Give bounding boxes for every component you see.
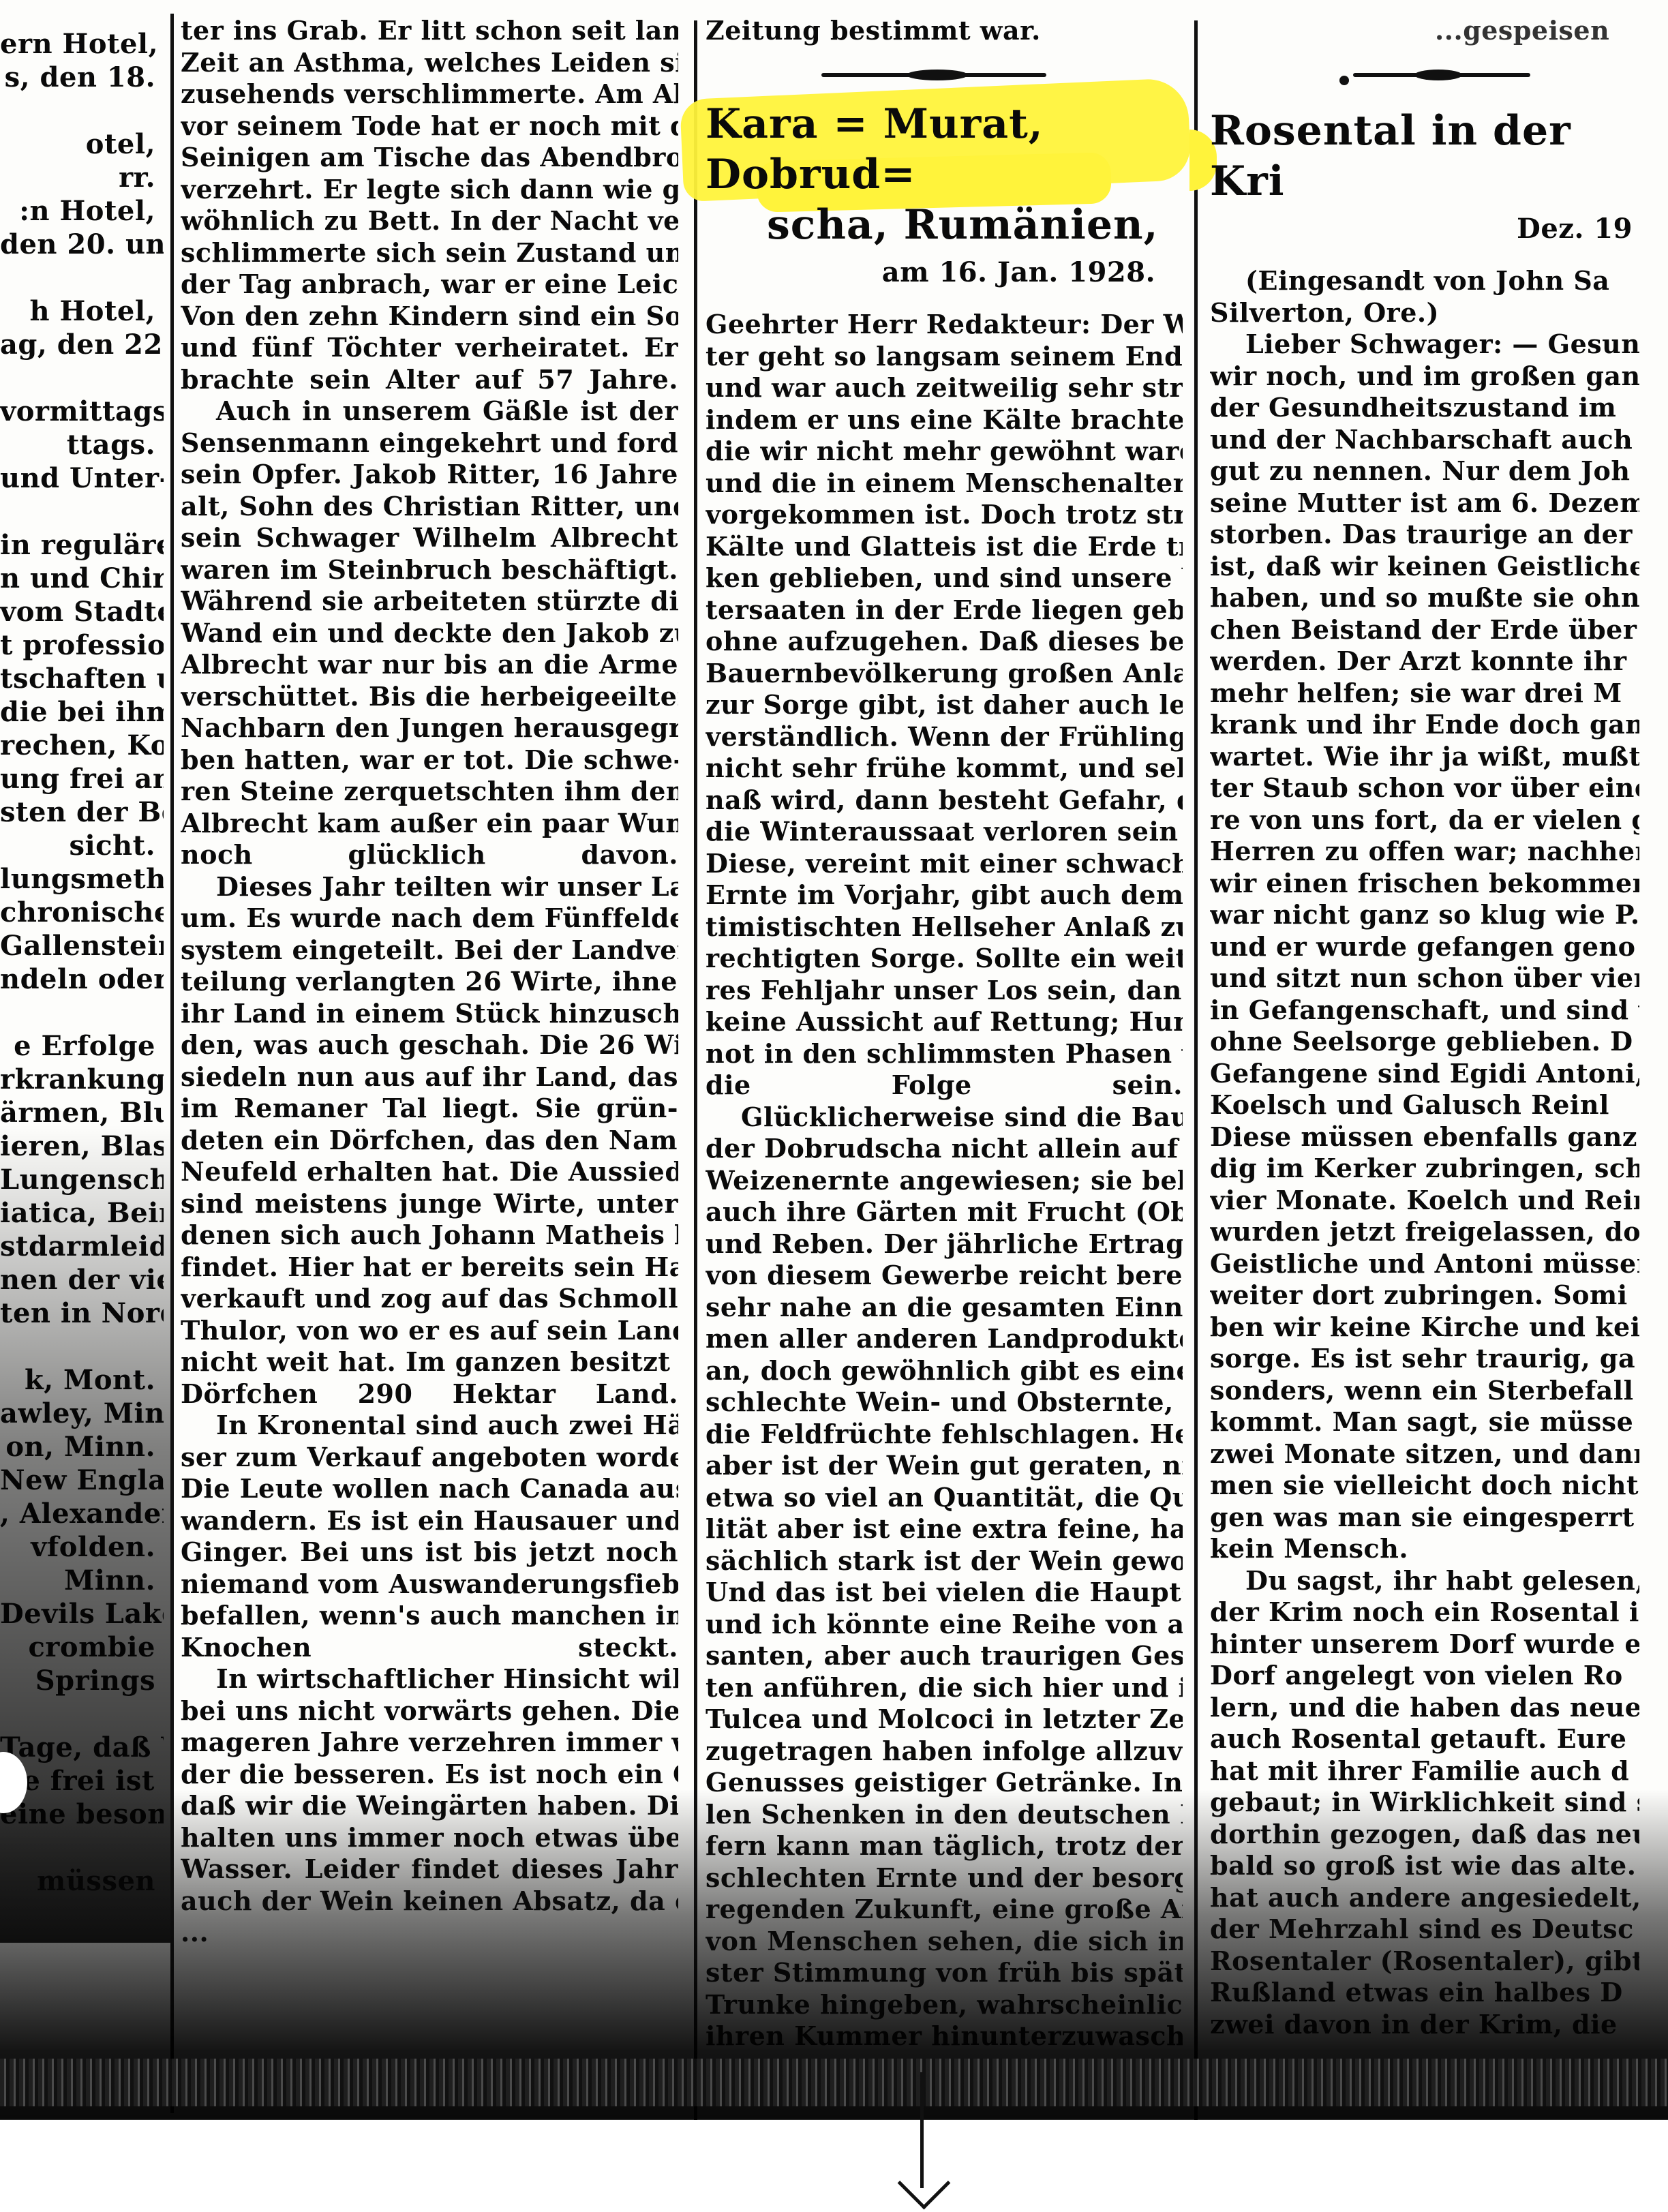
text-line: sein Opfer. Jakob Ritter, 16 Jahre bbox=[181, 459, 678, 491]
text-line: ist, daß wir keinen Geistlichen bbox=[1210, 551, 1639, 583]
text-line: dorthin gezogen, daß das neue bbox=[1210, 1819, 1639, 1851]
text-line: sten der Be- bbox=[0, 796, 164, 829]
article-headline: Kara = Murat, Dobrud= scha, Rumänien, bbox=[706, 99, 1183, 250]
text-line: ohne Seelsorge geblieben. D bbox=[1210, 1026, 1639, 1058]
text-line: tschaften und bbox=[0, 662, 164, 695]
text-line: ren Steine zerquetschten ihm den Kopf. bbox=[181, 776, 678, 808]
column-4-rosental-article: ...gespeisen Rosental in der Kri Dez. 19… bbox=[1210, 15, 1639, 2040]
text-line: nicht weit hat. Im ganzen besitzt das bbox=[181, 1346, 678, 1378]
text-line: siedeln nun aus auf ihr Land, das bbox=[181, 1061, 678, 1093]
text-line bbox=[0, 94, 164, 127]
text-line: Wasser. Leider findet dieses Jahr bbox=[181, 1853, 678, 1885]
text-line: len Schenken in den deutschen Dör- bbox=[706, 1799, 1183, 1831]
text-line: krank und ihr Ende doch ganz bbox=[1210, 709, 1639, 741]
text-line: sächlich stark ist der Wein geworden. bbox=[706, 1545, 1183, 1577]
text-line: ken geblieben, und sind unsere Win- bbox=[706, 562, 1183, 594]
text-line: not in den schlimmsten Phasen wird bbox=[706, 1038, 1183, 1070]
text-line: santen, aber auch traurigen Geschich- bbox=[706, 1640, 1183, 1672]
text-line: Geistliche und Antoni müssen bbox=[1210, 1248, 1639, 1280]
text-line: haben, und so mußte sie ohne k bbox=[1210, 582, 1639, 614]
text-line: Zeit an Asthma, welches Leiden sich bbox=[181, 47, 678, 79]
text-line: verständlich. Wenn der Frühling bbox=[706, 721, 1183, 753]
text-line: Silverton, Ore.) bbox=[1210, 297, 1639, 329]
text-line: ter ins Grab. Er litt schon seit langer bbox=[181, 15, 678, 47]
text-line: nicht sehr frühe kommt, und sehr bbox=[706, 753, 1183, 785]
column-3-kara-murat-article: Zeitung bestimmt war. Kara = Murat, Dobr… bbox=[706, 15, 1183, 2052]
text-line: Thulor, von wo er es auf sein Land bbox=[181, 1315, 678, 1347]
section-divider-ornament bbox=[706, 65, 1183, 85]
text-line: ern Hotel, bbox=[0, 27, 164, 61]
text-line: Neufeld erhalten hat. Die Aussiedler bbox=[181, 1156, 678, 1188]
text-line: mehr helfen; sie war drei M bbox=[1210, 678, 1639, 710]
text-line: und der Nachbarschaft auch zi bbox=[1210, 424, 1639, 456]
text-line: teilung verlangten 26 Wirte, ihnen bbox=[181, 966, 678, 998]
text-line: storben. Das traurige an der bbox=[1210, 519, 1639, 551]
ink-dot bbox=[1339, 76, 1349, 85]
text-line: In wirtschaftlicher Hinsicht will es bbox=[181, 1663, 678, 1695]
text-line: von Menschen sehen, die sich in heiter- bbox=[706, 1926, 1183, 1958]
text-line: Dörfchen 290 Hektar Land. bbox=[181, 1378, 678, 1410]
text-line: ter geht so langsam seinem Ende zu bbox=[706, 341, 1183, 373]
text-line: Ernte im Vorjahr, gibt auch dem op- bbox=[706, 879, 1183, 911]
text-line: Diese, vereint mit einer schwachen bbox=[706, 848, 1183, 880]
text-line: der Mehrzahl sind es Deutsc bbox=[1210, 1913, 1639, 1945]
text-line: :n Hotel, bbox=[0, 194, 164, 228]
text-line: naß wird, dann besteht Gefahr, daß bbox=[706, 785, 1183, 817]
text-line: wir noch, und im großen ganz bbox=[1210, 361, 1639, 393]
text-line: zusehends verschlimmerte. Am Abend bbox=[181, 78, 678, 110]
text-line: der Dobrudscha nicht allein auf die bbox=[706, 1133, 1183, 1165]
text-line: und ich könnte eine Reihe von amü- bbox=[706, 1609, 1183, 1641]
column-rule-3 bbox=[1194, 20, 1198, 2120]
text-line: auch Rosental getauft. Eure bbox=[1210, 1723, 1639, 1755]
text-line: und Reben. Der jährliche Ertrag bbox=[706, 1228, 1183, 1260]
text-line: waren im Steinbruch beschäftigt. bbox=[181, 554, 678, 586]
text-line: e Erfolge bbox=[0, 1029, 164, 1063]
text-line: Albrecht war nur bis an die Arme bbox=[181, 649, 678, 681]
text-line: rr. bbox=[0, 161, 164, 194]
newspaper-scan: ern Hotel,s, den 18. otel,rr.:n Hotel,de… bbox=[0, 0, 1668, 2212]
text-line bbox=[0, 495, 164, 528]
text-line: Lieber Schwager: — Gesun bbox=[1210, 329, 1639, 361]
text-line: der die besseren. Es ist noch ein Glück, bbox=[181, 1759, 678, 1791]
text-line: wir einen frischen bekommen. bbox=[1210, 868, 1639, 900]
text-line: rkrankungen bbox=[0, 1063, 164, 1096]
text-line: Koelsch und Galusch Reinl bbox=[1210, 1089, 1639, 1121]
headline-line-2: scha, Rumänien, bbox=[706, 200, 1183, 250]
text-line: werden. Der Arzt konnte ihr bbox=[1210, 646, 1639, 678]
text-line: men sie vielleicht doch nicht raus bbox=[1210, 1470, 1639, 1502]
text-line: verzehrt. Er legte sich dann wie ge- bbox=[181, 174, 678, 206]
text-line bbox=[0, 261, 164, 294]
text-line: Gallenstein, bbox=[0, 929, 164, 963]
text-line: chen Beistand der Erde über bbox=[1210, 614, 1639, 646]
text-line: wandern. Es ist ein Hausauer und bbox=[181, 1505, 678, 1537]
text-line: gut zu nennen. Nur dem Joh bbox=[1210, 455, 1639, 487]
text-line: ttags. bbox=[0, 428, 164, 461]
text-line: zur Sorge gibt, ist daher auch leicht bbox=[706, 689, 1183, 721]
text-line: Wand ein und deckte den Jakob zu. bbox=[181, 618, 678, 650]
text-line: um. Es wurde nach dem Fünffelder- bbox=[181, 903, 678, 935]
text-line: etwa so viel an Quantität, die Qua- bbox=[706, 1482, 1183, 1514]
text-line: und Unter- bbox=[0, 461, 164, 495]
text-line: fern kann man täglich, trotz der bbox=[706, 1830, 1183, 1862]
text-line: rechtigten Sorge. Sollte ein weite- bbox=[706, 943, 1183, 975]
text-line: niemand vom Auswanderungsfieber bbox=[181, 1569, 678, 1601]
text-line: vormittags bbox=[0, 395, 164, 428]
text-line: keine Aussicht auf Rettung; Hungers- bbox=[706, 1006, 1183, 1038]
text-line: befallen, wenn's auch manchen in den bbox=[181, 1600, 678, 1632]
scan-shadow-left bbox=[0, 1125, 170, 1943]
text-line: von diesem Gewerbe reicht bereits bbox=[706, 1260, 1183, 1292]
text-line: sehr nahe an die gesamten Einnah- bbox=[706, 1292, 1183, 1324]
text-line: Dorf angelegt von vielen Ro bbox=[1210, 1660, 1639, 1692]
text-line: hat auch andere angesiedelt, bbox=[1210, 1882, 1639, 1914]
text-line bbox=[0, 361, 164, 395]
text-line: die Folge sein. bbox=[706, 1070, 1183, 1102]
text-line: indem er uns eine Kälte brachte, an bbox=[706, 404, 1183, 436]
text-line: men aller anderen Landprodukte her- bbox=[706, 1323, 1183, 1355]
text-line: Die Leute wollen nach Canada aus- bbox=[181, 1473, 678, 1505]
text-line: die Feldfrüchte fehlschlagen. Heuer bbox=[706, 1419, 1183, 1451]
text-line: sein Schwager Wilhelm Albrecht bbox=[181, 522, 678, 554]
text-line: wartet. Wie ihr ja wißt, mußt bbox=[1210, 741, 1639, 773]
text-line: deten ein Dörfchen, das den Namen bbox=[181, 1125, 678, 1157]
text-line: und sitzt nun schon über vier M bbox=[1210, 963, 1639, 995]
text-line bbox=[0, 996, 164, 1029]
text-line: chronischer bbox=[0, 896, 164, 929]
text-line: dig im Kerker zubringen, schon bbox=[1210, 1153, 1639, 1185]
text-line: wöhnlich zu Bett. In der Nacht ver- bbox=[181, 205, 678, 237]
text-line: halten uns immer noch etwas über bbox=[181, 1822, 678, 1854]
text-line: schlechte Wein- und Obsternte, wenn bbox=[706, 1387, 1183, 1419]
text-line: brachte sein Alter auf 57 Jahre. bbox=[181, 364, 678, 396]
article-dateline-2: Dez. 19 bbox=[1210, 213, 1633, 245]
text-line: die bei ihm bbox=[0, 695, 164, 729]
column-4-top-line: ...gespeisen bbox=[1210, 15, 1639, 47]
text-line: ter Staub schon vor über einem bbox=[1210, 772, 1639, 804]
text-line: war nicht ganz so klug wie P. G bbox=[1210, 899, 1639, 931]
text-line: lern, und die haben das neue bbox=[1210, 1692, 1639, 1724]
text-line: Ginger. Bei uns ist bis jetzt noch bbox=[181, 1536, 678, 1569]
text-line: ndeln oder bbox=[0, 963, 164, 996]
text-line: der Krim noch ein Rosental ist bbox=[1210, 1596, 1639, 1628]
article-body: Geehrter Herr Redakteur: Der Win-ter geh… bbox=[706, 309, 1183, 2052]
text-line: regenden Zukunft, eine große Anzahl bbox=[706, 1894, 1183, 1926]
text-line: den, was auch geschah. Die 26 Wirte bbox=[181, 1029, 678, 1061]
text-line: ster Stimmung von früh bis spät dem bbox=[706, 1957, 1183, 1989]
text-line: an, doch gewöhnlich gibt es eine bbox=[706, 1355, 1183, 1387]
page-margin-bottom bbox=[0, 2120, 1668, 2212]
text-line: bald so groß ist wie das alte. bbox=[1210, 1850, 1639, 1882]
text-line: rechen, Kon- bbox=[0, 729, 164, 762]
text-line: Bauernbevölkerung großen Anlaß bbox=[706, 658, 1183, 690]
text-line: ten anführen, die sich hier und in bbox=[706, 1672, 1183, 1704]
text-line: Herren zu offen war; nachher bbox=[1210, 836, 1639, 868]
text-line: vorgekommen ist. Doch trotz strenger bbox=[706, 499, 1183, 531]
text-line: denen sich auch Johann Matheis be- bbox=[181, 1219, 678, 1252]
text-line: vom Stadte bbox=[0, 595, 164, 628]
text-line: n und Chir- bbox=[0, 562, 164, 595]
text-line: findet. Hier hat er bereits sein Haus bbox=[181, 1252, 678, 1284]
text-line: verschüttet. Bis die herbeigeeilten bbox=[181, 681, 678, 713]
text-line: res Fehljahr unser Los sein, dann ist bbox=[706, 975, 1183, 1007]
column-rule-1 bbox=[170, 14, 174, 2113]
text-line: sind meistens junge Wirte, unter bbox=[181, 1188, 678, 1220]
article-headline-2: Rosental in der Kri bbox=[1210, 106, 1639, 207]
text-line: aber ist der Wein gut geraten, nicht bbox=[706, 1450, 1183, 1482]
text-line: die Winteraussaat verloren sein wird. bbox=[706, 816, 1183, 848]
text-line: Diese müssen ebenfalls ganz un bbox=[1210, 1121, 1639, 1153]
text-line: Trunke hingeben, wahrscheinlich, um bbox=[706, 1989, 1183, 2021]
text-line: Auch in unserem Gäßle ist der bbox=[181, 395, 678, 427]
text-line: ihren Kummer hinunterzuwaschen. bbox=[706, 2020, 1183, 2052]
text-line: Nachbarn den Jungen herausgegra- bbox=[181, 712, 678, 744]
text-line: schlimmerte sich sein Zustand und, ehe bbox=[181, 237, 678, 269]
text-line: und er wurde gefangen geno bbox=[1210, 931, 1639, 963]
text-line: ohne aufzugehen. Daß dieses bei der bbox=[706, 626, 1183, 658]
text-line: und fünf Töchter verheiratet. Er bbox=[181, 332, 678, 364]
article-dateline: am 16. Jan. 1928. bbox=[706, 257, 1155, 289]
text-line: tersaaten in der Erde liegen geblieben bbox=[706, 594, 1183, 626]
article-body-2: (Eingesandt von John SaSilverton, Ore.)L… bbox=[1210, 265, 1639, 2040]
text-line: timistischten Hellseher Anlaß zur be- bbox=[706, 911, 1183, 943]
text-line: der Gesundheitszustand im bbox=[1210, 392, 1639, 424]
text-line: daß wir die Weingärten haben. Diese bbox=[181, 1790, 678, 1822]
text-line: Rußland etwas ein halbes D bbox=[1210, 1977, 1639, 2009]
scan-edge-band bbox=[0, 2059, 1668, 2106]
text-line: der Tag anbrach, war er eine Leiche. bbox=[181, 269, 678, 301]
section-divider-ornament-2 bbox=[1210, 65, 1639, 85]
text-line: h Hotel, bbox=[0, 294, 164, 328]
text-line: und war auch zeitweilig sehr strenge, bbox=[706, 372, 1183, 404]
text-line: in regulärer bbox=[0, 528, 164, 562]
text-line: system eingeteilt. Bei der Landver- bbox=[181, 935, 678, 967]
text-line: den 20. und bbox=[0, 228, 164, 261]
text-line: In Kronental sind auch zwei Häu- bbox=[181, 1410, 678, 1442]
text-line: Knochen steckt. bbox=[181, 1632, 678, 1664]
text-line: zugetragen haben infolge allzuvielen bbox=[706, 1736, 1183, 1768]
text-line: s, den 18. bbox=[0, 61, 164, 94]
text-line: sonders, wenn ein Sterbefall bbox=[1210, 1375, 1639, 1407]
text-line: Kälte und Glatteis ist die Erde trok- bbox=[706, 531, 1183, 563]
text-line: auch der Wein keinen Absatz, da es bbox=[181, 1885, 678, 1918]
text-line: otel, bbox=[0, 127, 164, 161]
text-line: schlechten Ernte und der besorgniser- bbox=[706, 1862, 1183, 1894]
text-line: Und das ist bei vielen die Hauptsache, bbox=[706, 1577, 1183, 1609]
text-line: hinter unserem Dorf wurde ein bbox=[1210, 1628, 1639, 1661]
text-line: seine Mutter ist am 6. Dezembe bbox=[1210, 487, 1639, 519]
text-line: ag, den 22. bbox=[0, 328, 164, 361]
text-line: Glücklicherweise sind die Bauern in bbox=[706, 1102, 1183, 1134]
column-3-top-line: Zeitung bestimmt war. bbox=[706, 15, 1183, 47]
text-line: ihr Land in einem Stück hinzuschnei- bbox=[181, 998, 678, 1030]
text-line: Während sie arbeiteten stürzte die bbox=[181, 586, 678, 618]
text-line: lungsmethode bbox=[0, 862, 164, 896]
text-line: in Gefangenschaft, und sind wi bbox=[1210, 995, 1639, 1027]
text-line: hat mit ihrer Familie auch d bbox=[1210, 1755, 1639, 1787]
text-line: gebaut; in Wirklichkeit sind s bbox=[1210, 1787, 1639, 1819]
text-line: Genusses geistiger Getränke. In al- bbox=[706, 1767, 1183, 1799]
text-line: Du sagst, ihr habt gelesen, d bbox=[1210, 1565, 1639, 1597]
text-line: alt, Sohn des Christian Ritter, und bbox=[181, 491, 678, 523]
text-line: noch glücklich davon. bbox=[181, 839, 678, 871]
text-line: auch ihre Gärten mit Frucht (Obst) bbox=[706, 1196, 1183, 1228]
text-line: re von uns fort, da er vielen g bbox=[1210, 804, 1639, 836]
text-line: gen was man sie eingesperrt hat bbox=[1210, 1502, 1639, 1534]
text-line: ser zum Verkauf angeboten worden. bbox=[181, 1442, 678, 1474]
text-line: zwei davon in der Krim, die bbox=[1210, 2009, 1639, 2041]
text-line: vor seinem Tode hat er noch mit den bbox=[181, 110, 678, 142]
text-line: sorge. Es ist sehr traurig, ga bbox=[1210, 1343, 1639, 1375]
text-line: die wir nicht mehr gewöhnt waren, bbox=[706, 436, 1183, 468]
text-line: Von den zehn Kindern sind ein Sohn bbox=[181, 301, 678, 333]
text-line: Albrecht kam außer ein paar Wunden bbox=[181, 808, 678, 840]
text-line: Gefangene sind Egidi Antoni, bbox=[1210, 1058, 1639, 1090]
text-line: kommt. Man sagt, sie müsse bbox=[1210, 1406, 1639, 1438]
text-line: Rosentaler (Rosentaler), gibt bbox=[1210, 1945, 1639, 1978]
text-line: Seinigen am Tische das Abendbrot bbox=[181, 142, 678, 174]
text-line: sicht. bbox=[0, 829, 164, 862]
text-line: weiter dort zubringen. Somi bbox=[1210, 1279, 1639, 1312]
text-line: ben wir keine Kirche und keine bbox=[1210, 1312, 1639, 1344]
text-line: bei uns nicht vorwärts gehen. Die bbox=[181, 1695, 678, 1727]
column-rule-2 bbox=[694, 20, 697, 2120]
text-line: Tulcea und Molcoci in letzter Zeit bbox=[706, 1703, 1183, 1736]
text-line: ung frei an, bbox=[0, 762, 164, 796]
text-line: Geehrter Herr Redakteur: Der Win- bbox=[706, 309, 1183, 341]
text-line: kein Mensch. bbox=[1210, 1533, 1639, 1565]
text-line: Dieses Jahr teilten wir unser Land bbox=[181, 871, 678, 903]
text-line: im Remaner Tal liegt. Sie grün- bbox=[181, 1093, 678, 1125]
text-line: Weizenernte angewiesen; sie bebauen bbox=[706, 1165, 1183, 1197]
column-2-article-continuation: ter ins Grab. Er litt schon seit langerZ… bbox=[181, 15, 678, 1949]
text-line: und die in einem Menschenalter nicht bbox=[706, 468, 1183, 500]
text-line: t professio- bbox=[0, 628, 164, 662]
text-line: zwei Monate sitzen, und dann bbox=[1210, 1438, 1639, 1470]
text-line: ... bbox=[181, 1917, 678, 1949]
headline-line-1: Kara = Murat, Dobrud= bbox=[706, 99, 1183, 200]
text-line: wurden jetzt freigelassen, doc bbox=[1210, 1216, 1639, 1248]
text-line: ben hatten, war er tot. Die schwe- bbox=[181, 744, 678, 776]
text-line: (Eingesandt von John Sa bbox=[1210, 265, 1639, 297]
text-line: vier Monate. Koelch und Reinl bbox=[1210, 1185, 1639, 1217]
text-line: lität aber ist eine extra feine, haupt- bbox=[706, 1513, 1183, 1545]
text-line: verkauft und zog auf das Schmolle bbox=[181, 1283, 678, 1315]
text-line: Sensenmann eingekehrt und forderte bbox=[181, 427, 678, 459]
text-line: mageren Jahre verzehren immer wie- bbox=[181, 1727, 678, 1759]
